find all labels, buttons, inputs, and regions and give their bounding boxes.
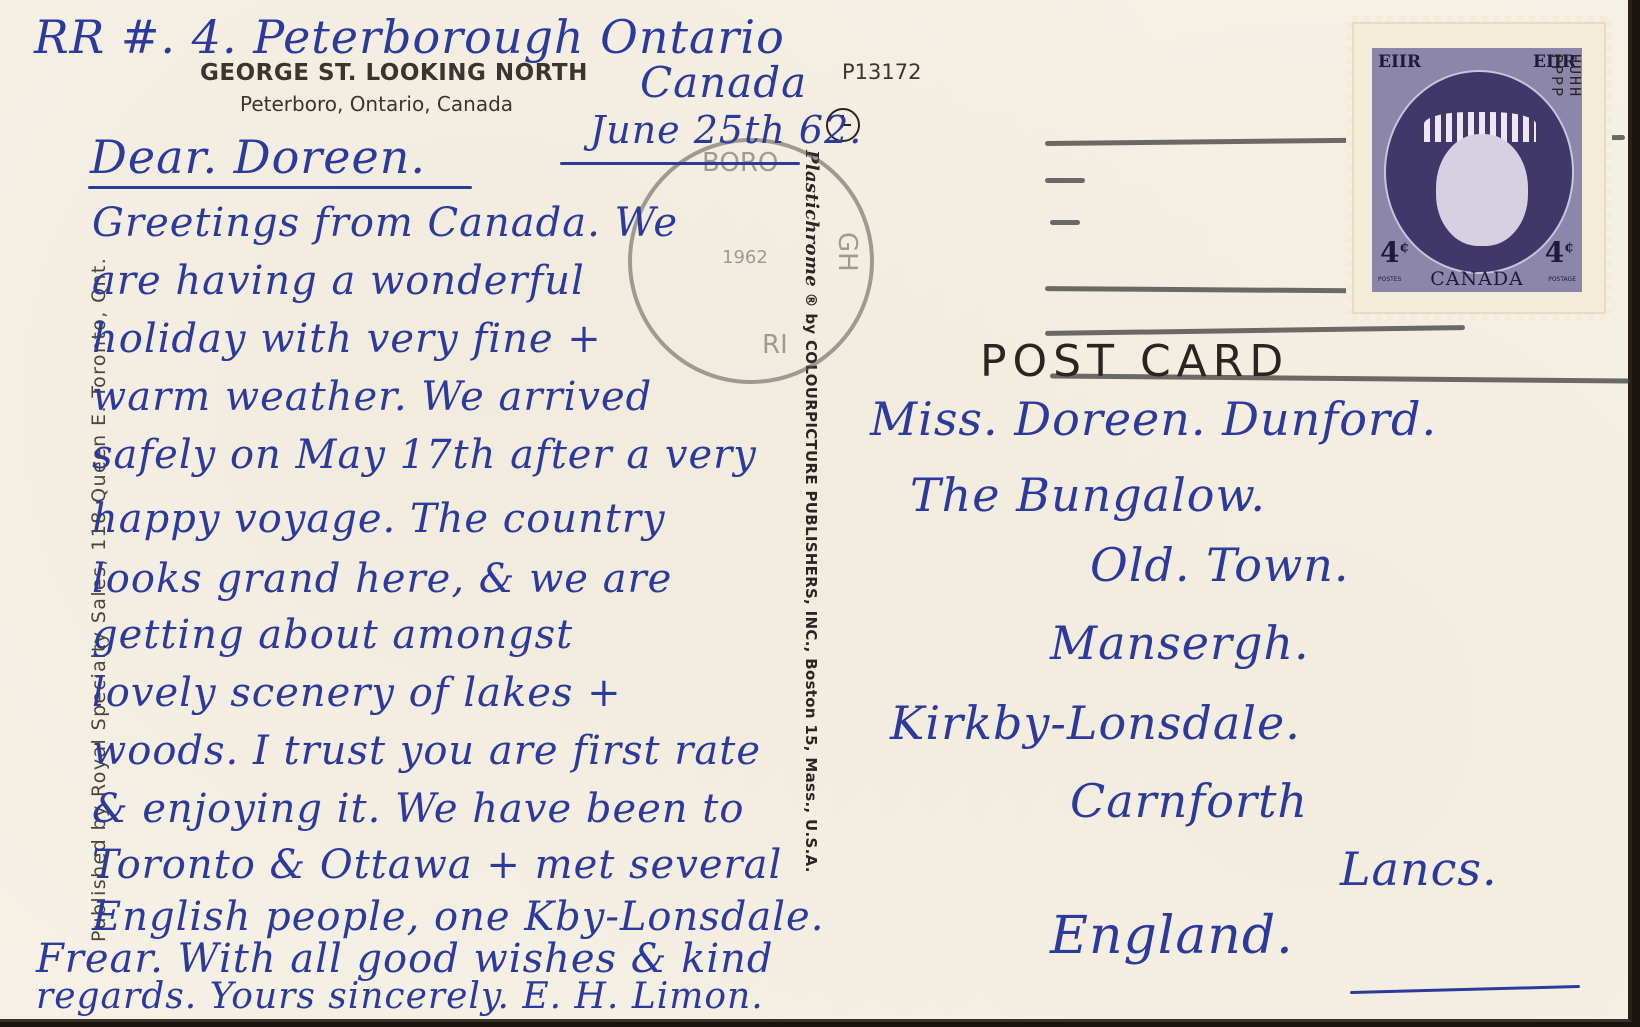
post-card-label: POST CARD <box>980 336 1289 387</box>
message-line: safely on May 17th after a very <box>92 432 757 478</box>
message-line: English people, one Kby-Lonsdale. <box>92 894 824 940</box>
card-code: P13172 <box>842 60 921 84</box>
recipient-line: Old. Town. <box>1090 538 1350 592</box>
postmark-text-bottom: RI <box>762 330 788 360</box>
postmark-date: 1962 <box>722 247 768 268</box>
message-signature-line: regards. Yours sincerely. E. H. Limon. <box>36 976 764 1017</box>
recipient-line: Carnforth <box>1070 774 1308 828</box>
message-line: warm weather. We arrived <box>92 374 652 420</box>
cancel-wave-line <box>1045 178 1085 183</box>
return-address: RR #. 4. Peterborough Ontario <box>34 10 785 64</box>
message-line: looks grand here, & we are <box>92 556 672 602</box>
recipient-country: England. <box>1050 906 1294 966</box>
message-line: getting about amongst <box>92 612 573 658</box>
recipient-name: Miss. Doreen. Dunford. <box>870 392 1437 446</box>
postmark-text-right: GH <box>832 232 862 272</box>
salutation: Dear. Doreen. <box>90 130 426 184</box>
recipient-line: Kirkby-Lonsdale. <box>890 696 1301 750</box>
message-line: Greetings from Canada. We <box>92 200 678 246</box>
message-line: woods. I trust you are first rate <box>92 728 761 774</box>
queen-portrait-icon <box>1436 134 1528 246</box>
postcard-back: GEORGE ST. LOOKING NORTH Peterboro, Onta… <box>0 0 1632 1022</box>
precancel-overprint: HUHH PPPP <box>1548 54 1584 98</box>
recipient-line: The Bungalow. <box>910 468 1266 522</box>
cancel-wave-line <box>1050 220 1080 225</box>
date: June 25th 62. <box>590 108 862 152</box>
return-country: Canada <box>640 58 807 107</box>
message-line: Toronto & Ottawa + met several <box>92 842 782 888</box>
stamp-value-left: 4¢ <box>1380 236 1409 269</box>
publisher-text: by COLOURPICTURE PUBLISHERS, INC., Bosto… <box>802 313 820 872</box>
salutation-underline <box>88 186 472 189</box>
cancel-wave-line <box>1045 325 1465 336</box>
message-line: happy voyage. The country <box>92 496 666 542</box>
recipient-line: Mansergh. <box>1050 616 1310 670</box>
date-underline <box>560 162 800 165</box>
recipient-line: Lancs. <box>1340 842 1498 896</box>
caption-subtitle: Peterboro, Ontario, Canada <box>240 92 513 116</box>
address-underline <box>1350 985 1580 994</box>
message-line: lovely scenery of lakes + <box>92 670 622 716</box>
stamp-cypher-left: EIIR <box>1378 52 1421 72</box>
stamp-value-right: 4¢ <box>1545 236 1574 269</box>
message-line: & enjoying it. We have been to <box>92 786 744 832</box>
postmark-circle: BORO GH 1962 RI <box>628 138 874 384</box>
message-line: holiday with very fine + <box>92 316 602 362</box>
stamp-country: CANADA <box>1372 268 1582 290</box>
message-line: are having a wonderful <box>92 258 585 304</box>
